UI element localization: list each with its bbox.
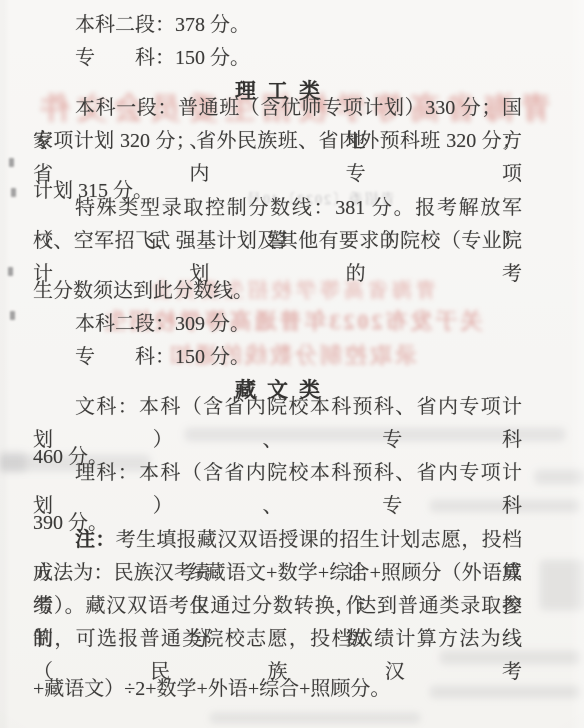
- text-line: 本科二段：378 分。: [33, 9, 522, 42]
- text-row: 的，可选报普通类院校志愿，投档成绩计算方法为：（民族汉考: [33, 640, 522, 673]
- text-line: +藏语文）÷2+数学+外语+综合+照顾分。: [33, 673, 522, 706]
- bleedthrough-smudge: [535, 470, 584, 484]
- text-row: 本科二段：309 分。: [33, 308, 522, 341]
- bleedthrough-smudge: [210, 713, 420, 723]
- text-line: 生分数须达到此分数线。: [33, 275, 522, 308]
- text-line: 专 科：150 分。: [33, 42, 522, 75]
- text-line: 本科二段：309 分。: [33, 308, 522, 341]
- scan-artifact: [8, 267, 13, 276]
- text-row: 文科：本科（含省内院校本科预科、省内专项计划）、专科: [33, 407, 522, 440]
- bleedthrough-smudge: [540, 560, 584, 610]
- text-row: +藏语文）÷2+数学+外语+综合+照顾分。: [33, 673, 522, 706]
- scan-artifact: [10, 311, 15, 320]
- note-label: 注：: [75, 529, 116, 551]
- scan-artifact: [0, 452, 26, 472]
- text-row: 专 科：150 分。: [33, 341, 522, 374]
- text-row: 专项计划 320 分；省外民族班、省内外预科班 320 分；省内专项: [33, 142, 522, 175]
- text-row: 生分数须达到此分数线。: [33, 275, 522, 308]
- scanned-document-page: 青海省高等学校招生委员会文件 青招委〔2023〕40号 青海省高等学校招生委员会…: [0, 0, 584, 728]
- text-row: 校、空军招飞、强基计划及其他有要求的院校（专业）计划的考: [33, 241, 522, 274]
- text-row: 专 科：150 分。: [33, 42, 522, 75]
- text-column: 本科二段：378 分。专 科：150 分。理工类本科一段：普通班（含优师专项计划…: [33, 9, 522, 706]
- text-row: 理科：本科（含省内院校本科预科、省内专项计划）、专科: [33, 474, 522, 507]
- text-row: 本科二段：378 分。: [33, 9, 522, 42]
- scan-artifact: [9, 158, 14, 167]
- scan-artifact: [11, 188, 16, 197]
- text-line: 专 科：150 分。: [33, 341, 522, 374]
